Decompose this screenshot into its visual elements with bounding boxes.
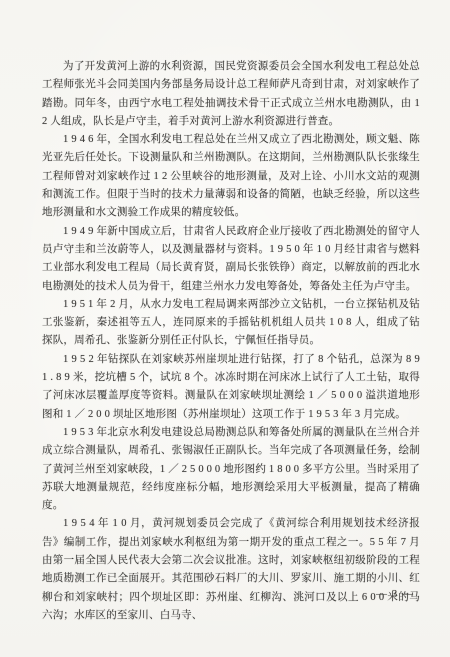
paragraph-7: 1 9 5 4 年 1 0 月，黄河规划委员会完成了《黄河综合利用规划技术经济报… xyxy=(42,515,420,625)
paragraph-1: 为了开发黄河上游的水利资源，国民党资源委员会全国水利发电工程总处总工程师张光斗会… xyxy=(42,58,420,131)
paragraph-3: 1 9 4 9 年新中国成立后，甘肃省人民政府企业厅接收了西北勘测处的留守人员卢… xyxy=(42,223,420,296)
page-number: — 3 — xyxy=(376,588,414,600)
document-text: 为了开发黄河上游的水利资源，国民党资源委员会全国水利发电工程总处总工程师张光斗会… xyxy=(42,58,420,625)
paragraph-6: 1 9 5 3 年北京水利发电建设总局勘测总队和筹备处所属的测量队在兰州合并成立… xyxy=(42,424,420,515)
paragraph-4: 1 9 5 1 年 2 月，从水力发电工程局调来两部沙立文钻机，一台立探钻机及钻… xyxy=(42,296,420,351)
scanned-page: 为了开发黄河上游的水利资源，国民党资源委员会全国水利发电工程总处总工程师张光斗会… xyxy=(0,0,450,657)
paragraph-2: 1 9 4 6 年，全国水利发电工程总处在兰州又成立了西北勘测处，顾文魁、陈光亚… xyxy=(42,131,420,222)
paragraph-5: 1 9 5 2 年钻探队在刘家峡苏州崖坝址进行钻探，打了 8 个钻孔，总深为 8… xyxy=(42,351,420,424)
